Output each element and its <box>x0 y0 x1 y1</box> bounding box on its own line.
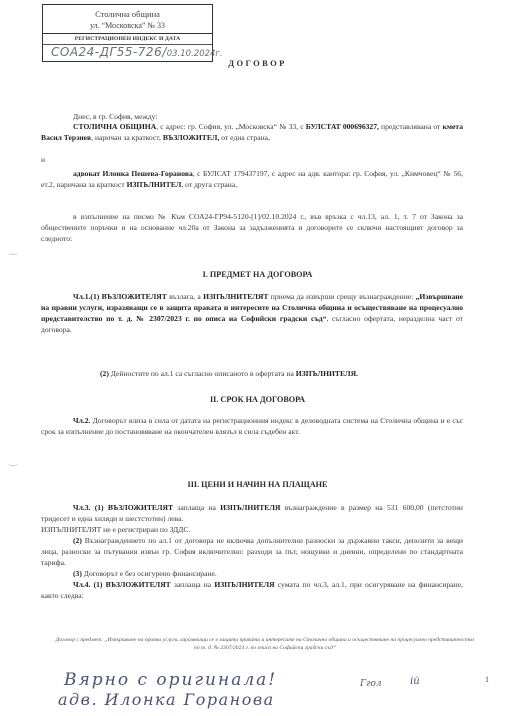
stamp-org: Столична община <box>43 9 212 19</box>
registration-stamp: Столична община ул. “Московска” № 33 РЕГ… <box>42 4 213 62</box>
article-3-paragraph: Чл.3. (1) ВЪЗЛОЖИТЕЛЯТ заплаща на ИЗПЪЛН… <box>41 502 463 524</box>
stamp-address: ул. “Московска” № 33 <box>43 21 212 30</box>
scan-mark <box>8 461 18 466</box>
article-1-paragraph: Чл.1.(1) ВЪЗЛОЖИТЕЛЯТ възлага, а ИЗПЪЛНИ… <box>41 291 463 335</box>
stamp-label: РЕГИСТРАЦИОНЕН ИНДЕКС И ДАТА <box>43 36 212 42</box>
document-page: Столична община ул. “Московска” № 33 РЕГ… <box>0 0 515 716</box>
section-heading-subject: I. ПРЕДМЕТ НА ДОГОВОРА <box>0 270 515 279</box>
page-number: 1 <box>485 675 489 684</box>
handwritten-certification: Вярно с оригинала! <box>64 670 277 690</box>
handwritten-initials: Ггол <box>360 679 382 689</box>
stamp-handwritten-index: СОА24-ДГ55-726/03.10.2024г. <box>51 45 223 59</box>
party1-paragraph: СТОЛИЧНА ОБЩИНА, с адрес: гр. София, ул.… <box>41 121 463 143</box>
party2-paragraph: адвокат Илонка Пешева-Горанова, с БУЛСАТ… <box>41 168 463 190</box>
document-title: ДОГОВОР <box>0 58 515 68</box>
article-4-paragraph: Чл.4. (1) ВЪЗЛОЖИТЕЛЯТ заплаща на ИЗПЪЛН… <box>41 579 463 601</box>
stamp-divider <box>43 33 212 34</box>
vat-statement: ИЗПЪЛНИТЕЛЯТ не е регистриран по ЗДДС. <box>41 524 190 535</box>
article-2-paragraph: Чл.2. Договорът влиза в сила от датата н… <box>41 415 463 437</box>
article-3-para-3: (3) Договорът е без осигурено финансиран… <box>73 568 217 579</box>
handwritten-initials: ій <box>410 676 420 687</box>
registration-index: СОА24-ДГ55-726/ <box>51 45 167 59</box>
legal-basis-paragraph: в изпълнение на писмо № Към СОА24-ГР94-5… <box>41 211 463 244</box>
handwritten-signer: адв. Илонка Горанова <box>58 690 275 709</box>
section-heading-payment: III. ЦЕНИ И НАЧИН НА ПЛАЩАНЕ <box>0 480 515 489</box>
article-3-para-2: (2) Възнаграждението по ал.1 от договора… <box>41 535 463 568</box>
and-conjunction: и <box>41 154 45 165</box>
footer-note: Договор с предмет: „Извършване на правни… <box>55 637 475 652</box>
scan-mark <box>8 250 18 255</box>
section-heading-term: II. СРОК НА ДОГОВОРА <box>0 395 515 404</box>
article-1-para-2: (2) Дейностите по ал.1 са съгласно описа… <box>100 368 358 379</box>
